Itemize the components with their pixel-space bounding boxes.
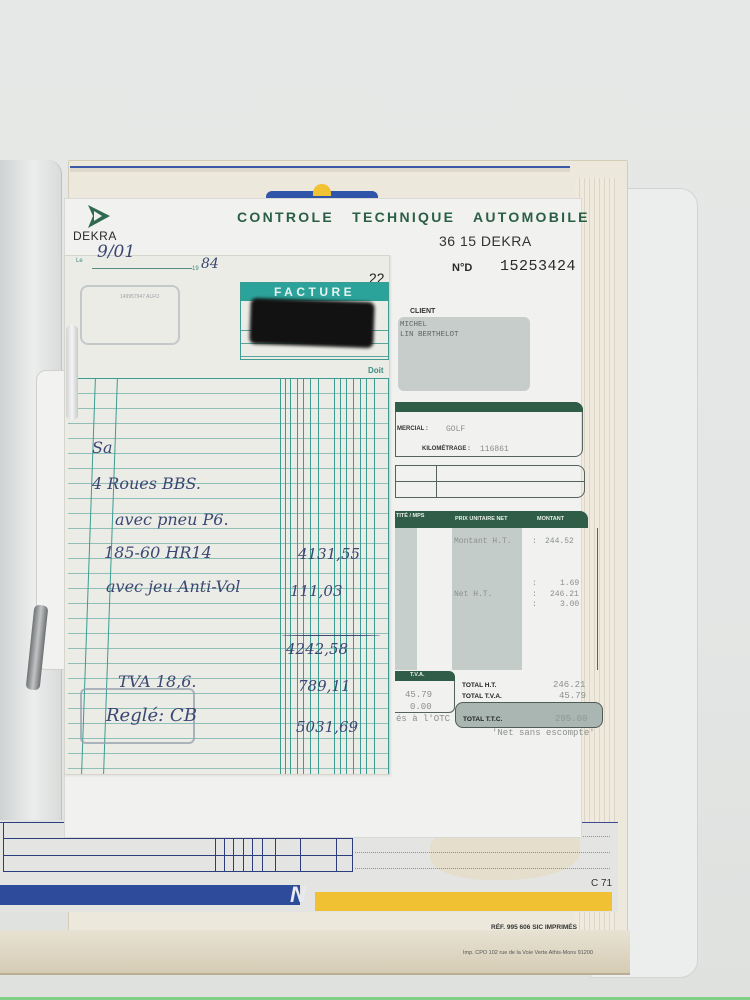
invoice-number: 15253424	[500, 258, 576, 275]
column-header-quantity: TITÉ / MPS	[396, 513, 424, 519]
ledger-column-line	[310, 378, 311, 774]
ledger-column-line	[334, 378, 335, 774]
ledger-column-line	[290, 378, 291, 774]
ledger-column-line	[346, 378, 347, 774]
commercial-value: GOLF	[446, 425, 465, 434]
mileage-label: KILOMÉTRAGE :	[422, 446, 470, 452]
dekra-logo-icon	[84, 202, 114, 232]
norauto-blue-band	[0, 885, 300, 905]
norauto-n-logo: N	[290, 882, 306, 908]
handwritten-subtotal: 4242,58	[286, 640, 348, 658]
dotted-line	[355, 852, 610, 853]
client-line: LIN BERTHELOT	[400, 331, 459, 339]
stamp-text: 149957947 ALFO	[120, 294, 159, 300]
norauto-yellow-band	[315, 892, 612, 911]
vehicle-info-header	[395, 402, 583, 412]
printer-line: Imp. CPO 102 rue de la Voie Verte Athis-…	[463, 950, 593, 956]
date-line	[92, 268, 192, 269]
facture-title: FACTURE	[274, 285, 355, 299]
dekra-table-body	[395, 528, 598, 670]
column-header-amount: MONTANT	[537, 516, 564, 522]
year-prefix: 19	[192, 266, 199, 272]
tva-header	[395, 671, 455, 681]
handwritten-line: 185-60 HR14	[104, 543, 212, 562]
ledger-column-line	[340, 378, 341, 774]
date-label: Le	[76, 258, 83, 264]
table-row-value: 246.21	[550, 590, 579, 599]
paper-blue-strip	[70, 166, 570, 172]
ledger-column-line	[318, 378, 319, 774]
table-row-sep: :	[532, 537, 537, 546]
tva-value: 0.00	[410, 702, 432, 712]
client-line: MICHEL	[400, 321, 427, 329]
handwritten-amount: 111,03	[290, 582, 343, 600]
dekra-title: CONTROLE TECHNIQUE AUTOMOBILE	[237, 209, 590, 225]
tva-value: 45.79	[405, 690, 432, 700]
year-value: 84	[201, 256, 219, 272]
table-row-value: 3.00	[560, 600, 579, 609]
table-row-value: 244.52	[545, 537, 574, 546]
net-footnote: 'Net sans escompte'	[492, 728, 595, 738]
table-row-label: Montant H.T.	[454, 537, 512, 546]
binder-pin-top	[66, 325, 78, 420]
invoice-number-label: N°D	[452, 262, 472, 274]
handwritten-line: avec pneu P6.	[115, 510, 229, 529]
sum-rule	[282, 635, 380, 636]
redaction-mark	[249, 298, 375, 348]
table-row-label: Net H.T.	[454, 590, 492, 599]
ledger-column-line	[280, 378, 281, 774]
table-row-sep: :	[532, 590, 537, 599]
handwritten-line: 4 Roues BBS.	[92, 474, 201, 493]
form-reference: RÉF. 995 606 SIC IMPRIMÉS	[491, 924, 577, 931]
date-value: 9/01	[97, 242, 135, 262]
client-label: CLIENT	[410, 308, 435, 315]
handwritten-line: Sa	[92, 438, 113, 457]
norauto-logo-sun	[313, 184, 331, 196]
ledger-right-border	[388, 378, 389, 774]
commercial-label: MERCIAL :	[397, 426, 428, 432]
ledger-column-line	[374, 378, 375, 774]
total-tva-label: TOTAL T.V.A.	[462, 693, 502, 700]
table-row-value: 1.69	[560, 579, 579, 588]
mileage-value: 116861	[480, 445, 509, 454]
handwritten-tax: 789,11	[298, 677, 351, 695]
ledger-column-line	[303, 378, 304, 774]
ledger-column-line	[353, 378, 354, 774]
form-code: C 71	[591, 878, 612, 889]
handwritten-total: 5031,69	[296, 718, 358, 736]
table-row-sep: :	[532, 579, 537, 588]
ledger-column-line	[360, 378, 361, 774]
total-ht-label: TOTAL H.T.	[462, 682, 496, 689]
total-ht-value: 246.21	[553, 680, 585, 690]
dotted-line	[355, 868, 610, 869]
handwritten-amount: 4131,55	[298, 545, 360, 563]
ledger-column-line	[297, 378, 298, 774]
tva-note: és à l'OTC	[396, 714, 450, 724]
reference-divider	[395, 481, 585, 482]
total-tva-value: 45.79	[559, 691, 586, 701]
total-ttc-label: TOTAL T.T.C.	[463, 716, 502, 723]
total-ttc-value: 295.00	[555, 714, 587, 724]
tva-header-label: T.V.A.	[410, 672, 424, 678]
handwritten-line: Reglé: CB	[106, 705, 197, 726]
ledger-column-line	[285, 378, 286, 774]
column-header-unit-price: PRIX UNITAIRE NET	[455, 516, 507, 522]
dekra-logo-text: DEKRA	[73, 229, 117, 243]
doit-label: Doit	[368, 366, 384, 375]
dekra-minitel: 36 15 DEKRA	[439, 233, 532, 249]
handwritten-line: avec jeu Anti-Vol	[106, 577, 240, 596]
table-row-sep: :	[532, 600, 537, 609]
ledger-column-line	[366, 378, 367, 774]
